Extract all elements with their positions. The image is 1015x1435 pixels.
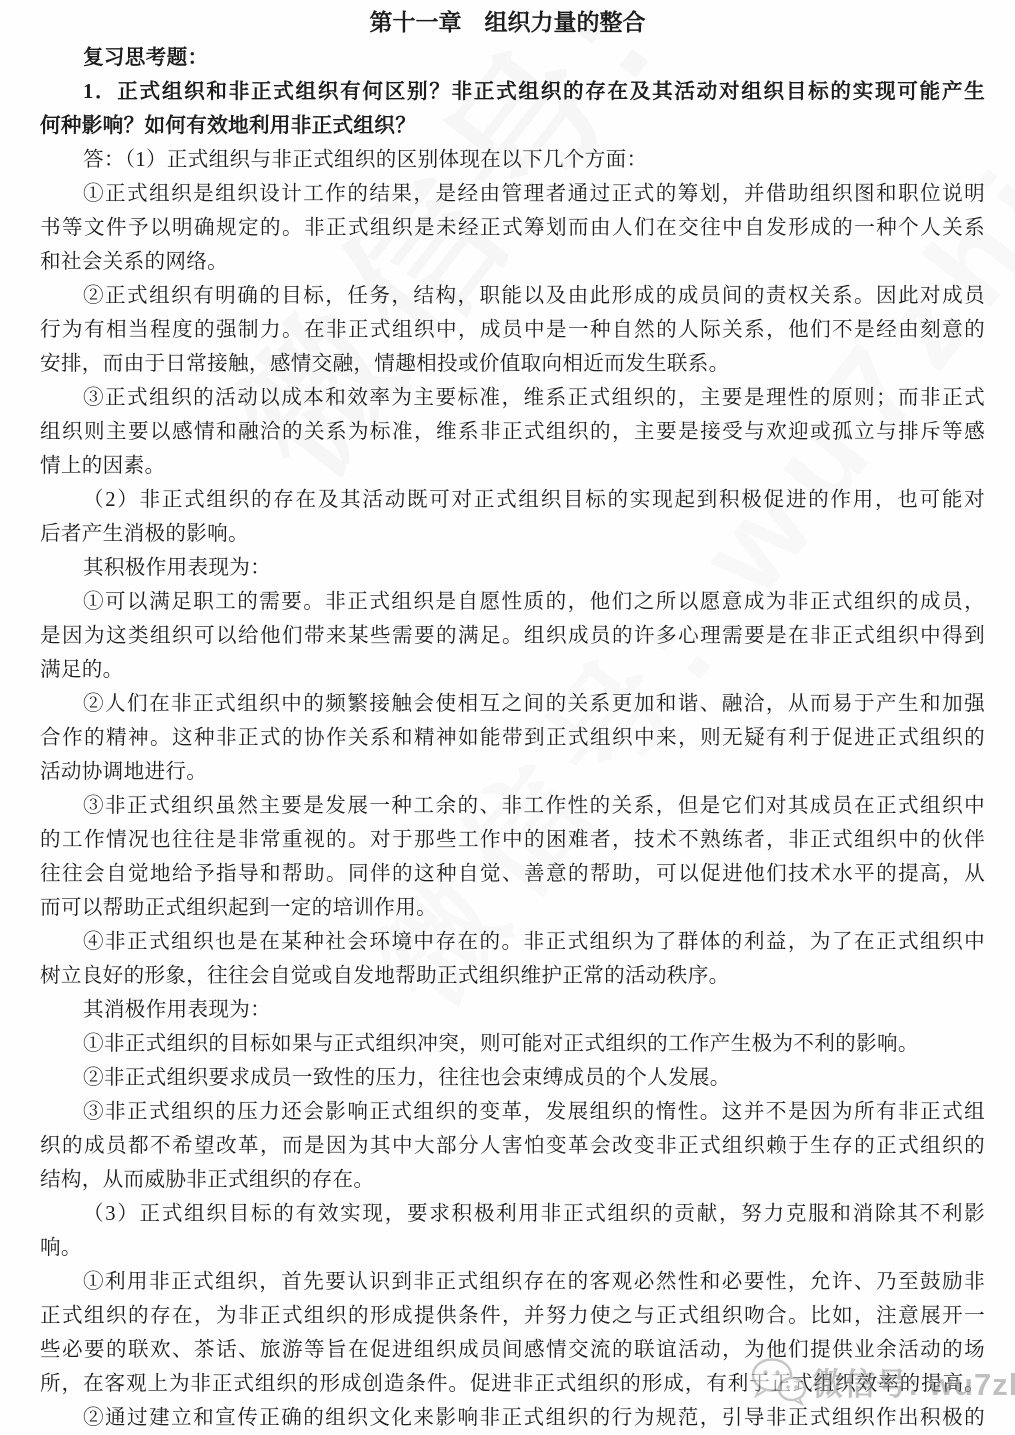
text-line: ①正式组织是组织设计工作的结果，是经由管理者通过正式的筹划，并借助组织图和职位说… xyxy=(40,177,985,211)
text-line: 织的成员都不希望改革，而是因为其中大部分人害怕变革会改变非正式组织赖于生存的正式… xyxy=(40,1129,985,1163)
text-line: 响。 xyxy=(40,1231,985,1265)
text-line: （3）正式组织目标的有效实现，要求积极利用非正式组织的贡献，努力克服和消除其不利… xyxy=(40,1197,985,1231)
text-line: 后者产生消极的影响。 xyxy=(40,517,985,551)
text-line: 活动协调地进行。 xyxy=(40,755,985,789)
text-line: ②正式组织有明确的目标，任务，结构，职能以及由此形成的成员间的责权关系。因此对成… xyxy=(40,279,985,313)
page-title: 第十一章 组织力量的整合 xyxy=(0,4,1015,41)
text-line: 书等文件予以明确规定的。非正式组织是未经正式筹划而由人们在交往中自发形成的一种个… xyxy=(40,211,985,245)
wechat-icon xyxy=(750,1356,806,1406)
document-page: 微信号: wu7zhi 微信号: wu7zhi 第十一章 组织力量的整合 复习思… xyxy=(0,0,1015,1435)
watermark: 微信号: wu7zhi xyxy=(750,1356,1015,1406)
text-line: ①可以满足职工的需要。非正式组织是自愿性质的，他们之所以愿意成为非正式组织的成员… xyxy=(40,585,985,619)
text-line: 正式组织的存在，为非正式组织的形成提供条件，并努力使之与正式组织吻合。比如，注意… xyxy=(40,1299,985,1333)
text-line: ③非正式组织虽然主要是发展一种工余的、非工作性的关系，但是它们对其成员在正式组织… xyxy=(40,789,985,823)
text-line: 何种影响？如何有效地利用非正式组织？ xyxy=(40,109,985,143)
text-line: 是因为这类组织可以给他们带来某些需要的满足。组织成员的许多心理需要是在非正式组织… xyxy=(40,619,985,653)
text-line: 而可以帮助正式组织起到一定的培训作用。 xyxy=(40,891,985,925)
text-line: 往往会自觉地给予指导和帮助。同伴的这种自觉、善意的帮助，可以促进他们技术水平的提… xyxy=(40,857,985,891)
text-line: 树立良好的形象，往往会自觉或自发地帮助正式组织维护正常的活动秩序。 xyxy=(40,959,985,993)
text-line: 其消极作用表现为： xyxy=(40,993,985,1027)
text-line: 满足的。 xyxy=(40,653,985,687)
document-body: 复习思考题：1．正式组织和非正式组织有何区别？非正式组织的存在及其活动对组织目标… xyxy=(40,41,985,1435)
text-line: 复习思考题： xyxy=(40,41,985,75)
text-line: 和社会关系的网络。 xyxy=(40,245,985,279)
text-line: ②人们在非正式组织中的频繁接触会使相互之间的关系更加和谐、融洽，从而易于产生和加… xyxy=(40,687,985,721)
text-line: ②通过建立和宣传正确的组织文化来影响非正式组织的行为规范，引导非正式组织作出积极… xyxy=(40,1401,985,1435)
watermark-label: 微信号: wu7zhi xyxy=(812,1359,1015,1404)
text-line: ③正式组织的活动以成本和效率为主要标准，维系正式组织的，主要是理性的原则；而非正… xyxy=(40,381,985,415)
text-line: 行为有相当程度的强制力。在非正式组织中，成员中是一种自然的人际关系，他们不是经由… xyxy=(40,313,985,347)
text-line: 结构，从而威胁非正式组织的存在。 xyxy=(40,1163,985,1197)
text-line: ②非正式组织要求成员一致性的压力，往往也会束缚成员的个人发展。 xyxy=(40,1061,985,1095)
text-line: 的工作情况也往往是非常重视的。对于那些工作中的困难者，技术不熟练者，非正式组织中… xyxy=(40,823,985,857)
text-line: ④非正式组织也是在某种社会环境中存在的。非正式组织为了群体的利益，为了在正式组织… xyxy=(40,925,985,959)
text-line: 组织则主要以感情和融洽的关系为标准，维系非正式组织的，主要是接受与欢迎或孤立与排… xyxy=(40,415,985,449)
text-line: 答：（1）正式组织与非正式组织的区别体现在以下几个方面： xyxy=(40,143,985,177)
text-line: ①非正式组织的目标如果与正式组织冲突，则可能对正式组织的工作产生极为不利的影响。 xyxy=(40,1027,985,1061)
text-line: （2）非正式组织的存在及其活动既可对正式组织目标的实现起到积极促进的作用，也可能… xyxy=(40,483,985,517)
text-line: 其积极作用表现为： xyxy=(40,551,985,585)
text-line: ③非正式组织的压力还会影响正式组织的变革，发展组织的惰性。这并不是因为所有非正式… xyxy=(40,1095,985,1129)
text-line: 1．正式组织和非正式组织有何区别？非正式组织的存在及其活动对组织目标的实现可能产… xyxy=(40,75,985,109)
text-line: ①利用非正式组织，首先要认识到非正式组织存在的客观必然性和必要性，允许、乃至鼓励… xyxy=(40,1265,985,1299)
text-line: 情上的因素。 xyxy=(40,449,985,483)
text-line: 安排，而由于日常接触，感情交融，情趣相投或价值取向相近而发生联系。 xyxy=(40,347,985,381)
text-line: 合作的精神。这种非正式的协作关系和精神如能带到正式组织中来，则无疑有利于促进正式… xyxy=(40,721,985,755)
